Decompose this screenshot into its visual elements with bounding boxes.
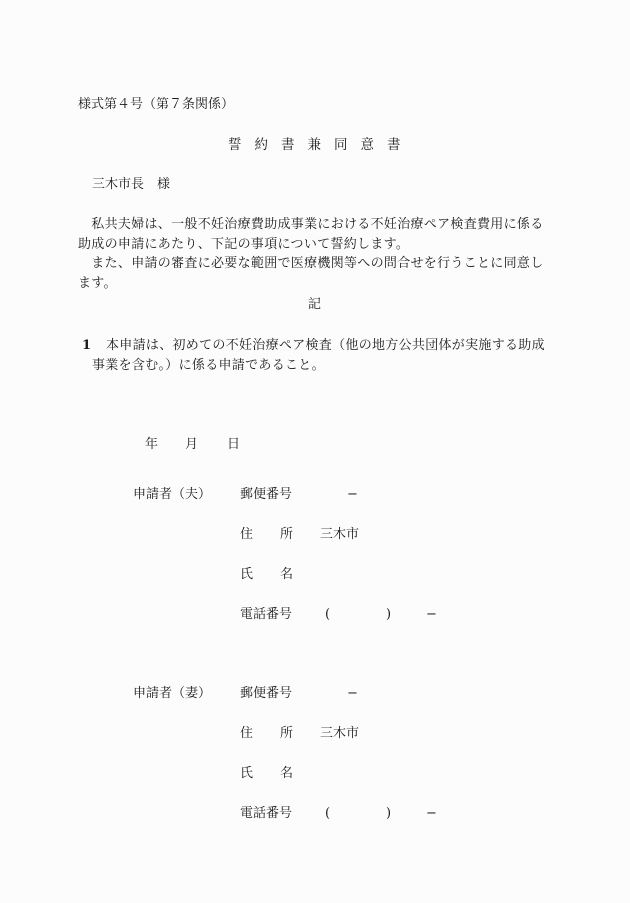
item-text-line1: 本申請は、初めての不妊治療ペア検査（他の地方公共団体が実施する助成 bbox=[106, 338, 545, 353]
address-label: 住所 bbox=[240, 726, 320, 742]
pledge-paragraph: 私共夫婦は、一般不妊治療費助成事業における不妊治療ペア検査費用に係る助成の申請に… bbox=[78, 215, 554, 254]
applicant-husband-label: 申請者（夫） bbox=[133, 487, 211, 503]
ki-heading: 記 bbox=[308, 297, 321, 313]
form-number: 様式第４号（第７条関係） bbox=[78, 97, 234, 113]
address-label: 住所 bbox=[240, 527, 320, 543]
month-label: 月 bbox=[185, 437, 198, 453]
addressee: 三木市長様 bbox=[92, 177, 170, 193]
pledge-item-1: 1本申請は、初めての不妊治療ペア検査（他の地方公共団体が実施する助成 事業を含む… bbox=[78, 336, 554, 376]
phone-paren-close: ) bbox=[386, 607, 391, 623]
phone-paren-open: ( bbox=[325, 607, 330, 623]
postal-code-dash: − bbox=[347, 686, 358, 702]
phone-paren-open: ( bbox=[325, 806, 330, 822]
postal-code-label: 郵便番号 bbox=[240, 487, 292, 503]
address-city: 三木市 bbox=[320, 726, 359, 742]
phone-label: 電話番号 bbox=[240, 806, 292, 822]
phone-label: 電話番号 bbox=[240, 607, 292, 623]
phone-dash: − bbox=[426, 607, 437, 623]
applicant-wife-label: 申請者（妻） bbox=[133, 686, 211, 702]
day-label: 日 bbox=[227, 437, 240, 453]
phone-paren-close: ) bbox=[386, 806, 391, 822]
postal-code-label: 郵便番号 bbox=[240, 686, 292, 702]
document-title: 誓約書兼同意書 bbox=[228, 137, 414, 153]
year-label: 年 bbox=[145, 437, 158, 453]
addressee-name: 三木市長 bbox=[92, 177, 144, 192]
name-label: 氏名 bbox=[240, 567, 320, 583]
phone-dash: − bbox=[426, 806, 437, 822]
name-label: 氏名 bbox=[240, 766, 320, 782]
postal-code-dash: − bbox=[347, 487, 358, 503]
item-text-line2: 事業を含む。）に係る申請であること。 bbox=[78, 356, 554, 376]
addressee-honorific: 様 bbox=[157, 177, 170, 192]
item-number: 1 bbox=[78, 336, 106, 356]
address-city: 三木市 bbox=[320, 527, 359, 543]
consent-paragraph: また、申請の審査に必要な範囲で医療機関等への問合せを行うことに同意します。 bbox=[78, 254, 554, 293]
